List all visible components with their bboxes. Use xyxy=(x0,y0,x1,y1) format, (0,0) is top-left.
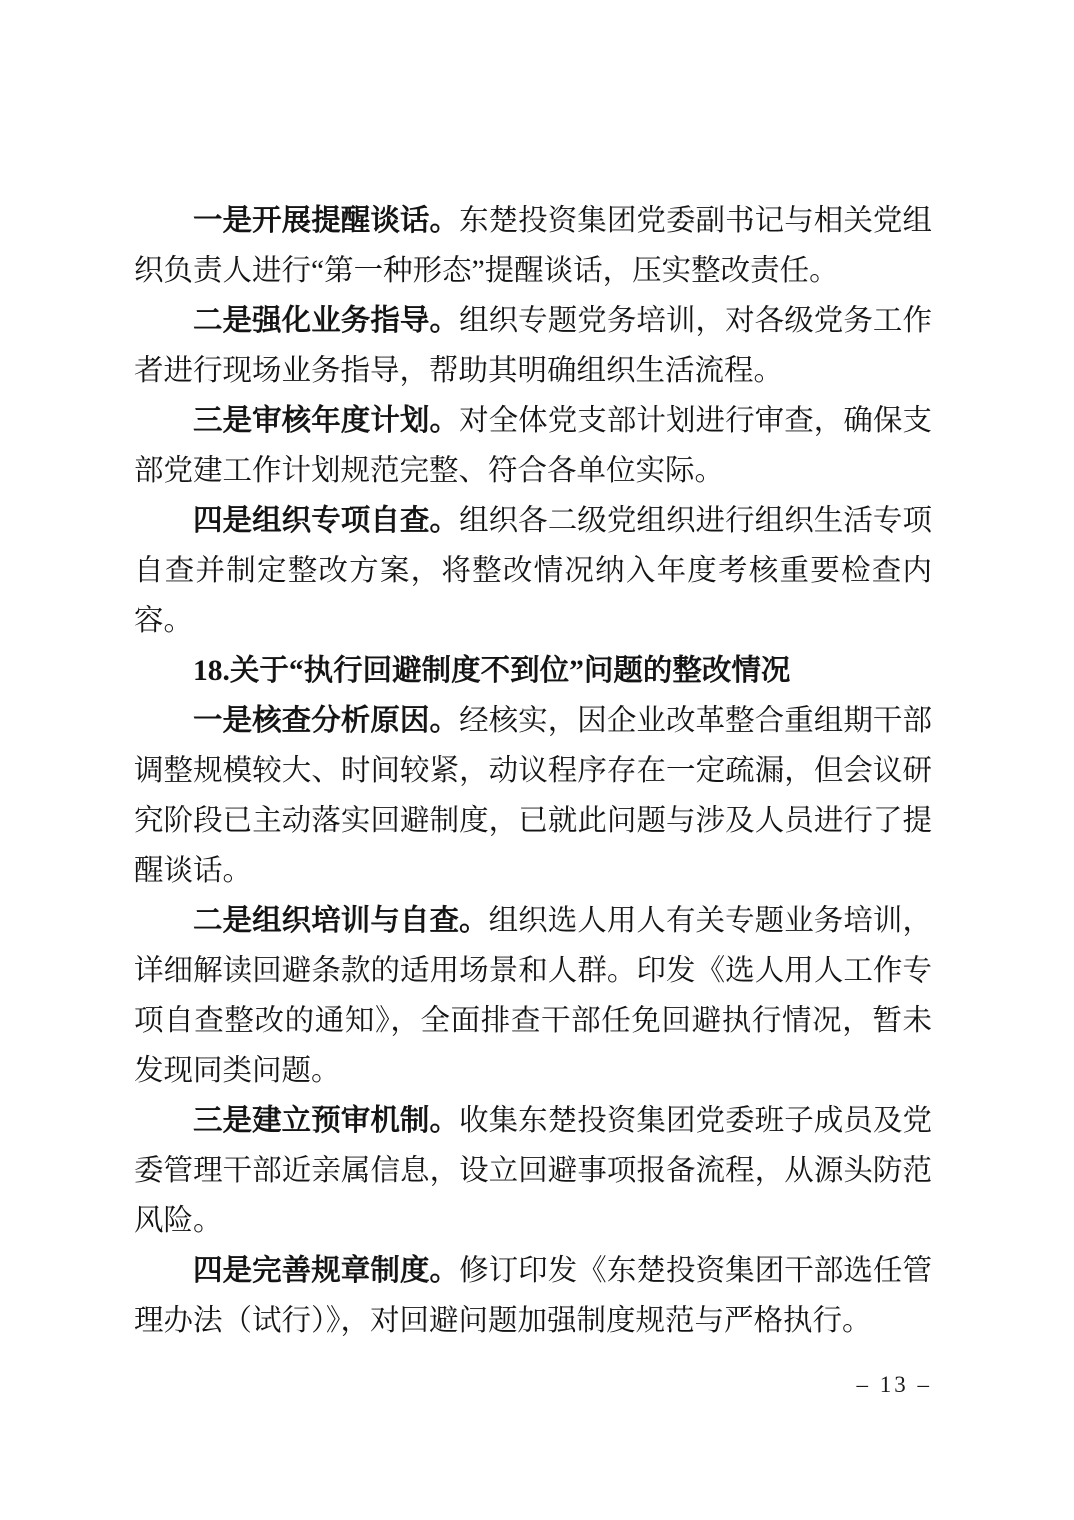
paragraph-annual-plan-review: 三是审核年度计划。对全体党支部计划进行审查，确保支部党建工作计划规范完整、符合各… xyxy=(134,396,932,496)
paragraph-special-self-check: 四是组织专项自查。组织各二级党组织进行组织生活专项自查并制定整改方案，将整改情况… xyxy=(134,496,932,646)
paragraph-reminder-talks: 一是开展提醒谈话。东楚投资集团党委副书记与相关党组织负责人进行“第一种形态”提醒… xyxy=(134,196,932,296)
paragraph-training-self-check: 二是组织培训与自查。组织选人用人有关专题业务培训，详细解读回避条款的适用场景和人… xyxy=(134,896,932,1096)
paragraph-lead: 四是组织专项自查。 xyxy=(193,505,459,537)
paragraph-lead: 三是建立预审机制。 xyxy=(193,1105,459,1137)
paragraph-lead: 四是完善规章制度。 xyxy=(193,1255,459,1287)
paragraph-lead: 二是强化业务指导。 xyxy=(193,305,459,337)
paragraph-lead: 一是核查分析原因。 xyxy=(193,705,459,737)
paragraph-lead: 二是组织培训与自查。 xyxy=(193,905,489,937)
paragraph-pre-review-mechanism: 三是建立预审机制。收集东楚投资集团党委班子成员及党委管理干部近亲属信息，设立回避… xyxy=(134,1096,932,1246)
page-number: – 13 – xyxy=(857,1370,933,1400)
document-body: 一是开展提醒谈话。东楚投资集团党委副书记与相关党组织负责人进行“第一种形态”提醒… xyxy=(134,196,932,1346)
paragraph-cause-analysis: 一是核查分析原因。经核实，因企业改革整合重组期干部调整规模较大、时间较紧，动议程… xyxy=(134,696,932,896)
paragraph-lead: 三是审核年度计划。 xyxy=(193,405,459,437)
section-heading-item-18: 18.关于“执行回避制度不到位”问题的整改情况 xyxy=(134,646,932,696)
paragraph-business-guidance: 二是强化业务指导。组织专题党务培训，对各级党务工作者进行现场业务指导，帮助其明确… xyxy=(134,296,932,396)
paragraph-lead: 一是开展提醒谈话。 xyxy=(193,205,459,237)
paragraph-improve-regulations: 四是完善规章制度。修订印发《东楚投资集团干部选任管理办法（试行）》，对回避问题加… xyxy=(134,1246,932,1346)
